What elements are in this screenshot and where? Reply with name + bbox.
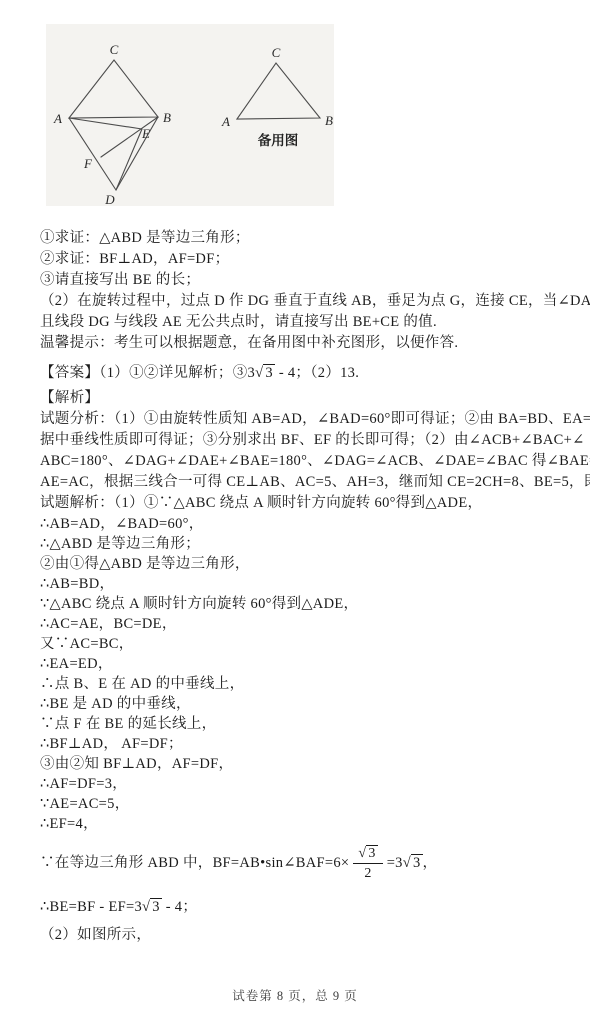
trig-formula-line: ∵在等边三角形 ABD 中，BF=AB•sin∠BAF=6×√32=3√3， — [40, 838, 558, 888]
solution-step: ∵点 F 在 BE 的延长线上， — [40, 714, 558, 734]
solution-step: ③由②知 BF⊥AD，AF=DF， — [40, 754, 558, 774]
part2-intro-line: （2）如图所示， — [40, 925, 558, 946]
problem-line: ③请直接写出 BE 的长； — [40, 270, 558, 291]
radicand: 3 — [366, 845, 377, 861]
solution-step: ∵AE=AC=5， — [40, 794, 558, 814]
solution-step: ②由①得△ABD 是等边三角形， — [40, 554, 558, 574]
solution-step: ∴AB=BD， — [40, 574, 558, 594]
answer-line: 【答案】（1）①②详见解析；③3√3 - 4；（2）13. — [40, 361, 558, 385]
solution-step: 又∵AC=BC， — [40, 634, 558, 654]
problem-line: ②求证：BF⊥AD，AF=DF； — [40, 249, 558, 270]
analysis-line: 试题分析：（1）①由旋转性质知 AB=AD，∠BAD=60°即可得证；②由 BA… — [40, 409, 558, 430]
solution-step: ∴△ABD 是等边三角形； — [40, 534, 558, 554]
analysis-header: 【解析】 — [40, 388, 558, 409]
problem-line: 且线段 DG 与线段 AE 无公共点时，请直接写出 BE+CE 的值. — [40, 312, 558, 333]
segment-ED — [116, 129, 142, 190]
problem-statement: ①求证：△ABD 是等边三角形； ②求证：BF⊥AD，AF=DF； ③请直接写出… — [40, 228, 558, 354]
analysis-paragraph: 试题分析：（1）①由旋转性质知 AB=AD，∠BAD=60°即可得证；②由 BA… — [40, 409, 558, 514]
spare-triangle-lines — [237, 63, 320, 119]
triangle-ABC-lines — [69, 60, 158, 118]
spare-point-label-C: C — [272, 45, 281, 60]
solution-step: ∴EF=4， — [40, 814, 558, 834]
page-footer: 试卷第 8 页，总 9 页 — [0, 986, 590, 1004]
solution-step: ∴AC=AE，BC=DE， — [40, 614, 558, 634]
analysis-line: AE=AC，根据三线合一可得 CE⊥AB、AC=5、AH=3，继而知 CE=2C… — [40, 472, 558, 493]
sqrt-expression: √3 — [142, 898, 162, 915]
fraction-sqrt3-over-2: √32 — [353, 845, 382, 882]
solution-step: ∴BF⊥AD， AF=DF； — [40, 734, 558, 754]
solution-steps: ∴AB=AD，∠BAD=60°， ∴△ABD 是等边三角形； ②由①得△ABD … — [40, 514, 558, 834]
solution-step: ∴点 B、E 在 AD 的中垂线上， — [40, 674, 558, 694]
geometry-figure-image: C A B E F D C A B 备用图 — [46, 24, 334, 206]
sqrt-expression: √3 — [255, 364, 275, 381]
left-diagram: C A B E F D — [53, 42, 171, 206]
document-body: ①求证：△ABD 是等边三角形； ②求证：BF⊥AD，AF=DF； ③请直接写出… — [40, 228, 558, 946]
radicand: 3 — [411, 854, 423, 871]
solution-step: ∴BE 是 AD 的中垂线， — [40, 694, 558, 714]
spare-point-label-A: A — [221, 114, 230, 129]
point-label-B: B — [163, 110, 171, 125]
sqrt-expression: √3 — [403, 853, 423, 874]
point-label-F: F — [83, 156, 93, 171]
point-label-A: A — [53, 111, 62, 126]
analysis-line: ABC=180°、∠DAG+∠DAE+∠BAE=180°、∠DAG=∠ACB、∠… — [40, 451, 558, 472]
right-diagram: C A B 备用图 — [221, 45, 333, 148]
point-label-C: C — [110, 42, 119, 57]
spare-point-label-B: B — [325, 113, 333, 128]
problem-line: 温馨提示：考生可以根据题意，在备用图中补充图形，以便作答. — [40, 333, 558, 354]
spare-figure-caption: 备用图 — [258, 132, 299, 148]
solution-step: ∴EA=ED， — [40, 654, 558, 674]
problem-line: ①求证：△ABD 是等边三角形； — [40, 228, 558, 249]
segment-AE — [69, 118, 142, 129]
radicand: 3 — [263, 364, 275, 381]
analysis-line: 试题解析：（1）①∵△ABC 绕点 A 顺时针方向旋转 60°得到△ADE， — [40, 493, 558, 514]
analysis-line: 据中垂线性质即可得证；③分别求出 BF、EF 的长即可得；（2）由∠ACB+∠B… — [40, 430, 558, 451]
problem-line: （2）在旋转过程中，过点 D 作 DG 垂直于直线 AB，垂足为点 G，连接 C… — [40, 291, 558, 312]
solution-step: ∴AF=DF=3， — [40, 774, 558, 794]
radicand: 3 — [150, 898, 162, 915]
solution-step: ∵△ABC 绕点 A 顺时针方向旋转 60°得到△ADE， — [40, 594, 558, 614]
exam-solution-page: C A B E F D C A B 备用图 ①求证：△ABD 是等边三角形； ②… — [0, 0, 590, 1024]
solution-step: ∴AB=AD，∠BAD=60°， — [40, 514, 558, 534]
denominator: 2 — [353, 864, 382, 882]
point-label-D: D — [104, 192, 115, 206]
geometry-diagram: C A B E F D C A B 备用图 — [46, 24, 334, 206]
point-label-E: E — [141, 126, 150, 141]
be-result-line: ∴BE=BF - EF=3√3 - 4； — [40, 894, 558, 920]
sqrt-sign: √ — [403, 855, 411, 871]
